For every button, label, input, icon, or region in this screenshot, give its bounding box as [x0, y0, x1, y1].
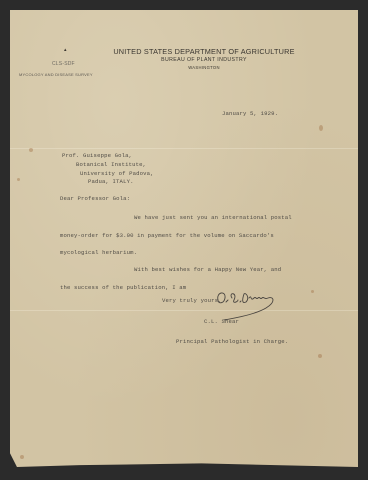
recipient-line-2: Botanical Institute, — [76, 161, 146, 168]
body-line: We have just sent you an international p… — [134, 214, 292, 221]
department-heading: UNITED STATES DEPARTMENT OF AGRICULTURE — [10, 47, 358, 56]
recipient-line-1: Prof. Guiseppe Gola, — [62, 152, 132, 159]
body-line: With best wishes for a Happy New Year, a… — [134, 266, 281, 273]
fold-line — [10, 148, 358, 149]
letter-page: ▴ UNITED STATES DEPARTMENT OF AGRICULTUR… — [10, 10, 358, 467]
stain-spot — [318, 354, 322, 358]
signer-title: Principal Pathologist in Charge. — [176, 338, 288, 345]
stain-spot — [17, 178, 20, 181]
salutation: Dear Professor Gola: — [60, 195, 130, 202]
office-line: MYCOLOGY AND DISEASE SURVEY — [19, 72, 93, 77]
reference-code: CLS-SDF — [52, 61, 75, 67]
signer-name: C.L. Shear — [204, 318, 239, 325]
body-line: the success of the publication, I am — [60, 284, 186, 291]
recipient-line-3: University of Padova, — [80, 170, 154, 177]
closing: Very truly yours, — [162, 297, 222, 304]
fold-line — [10, 310, 358, 311]
stain-spot — [20, 455, 24, 459]
stain-spot — [319, 125, 323, 131]
stain-spot — [29, 148, 33, 152]
recipient-line-4: Padua, ITALY. — [88, 178, 134, 185]
body-line: mycological herbarium. — [60, 249, 137, 256]
body-line: money-order for $3.00 in payment for the… — [60, 232, 274, 239]
handwritten-signature — [216, 286, 280, 322]
letter-date: January 5, 1929. — [222, 110, 278, 117]
stain-spot — [311, 290, 314, 293]
